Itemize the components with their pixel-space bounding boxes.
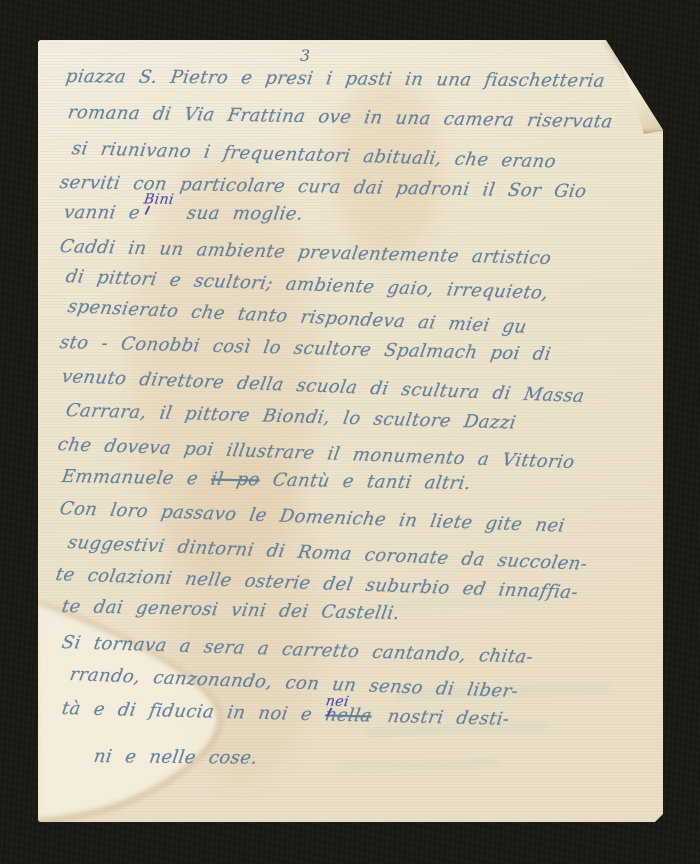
line-text: Emmanuele e	[60, 466, 212, 490]
line-text: vanni e	[62, 202, 141, 224]
handwriting-line: si riunivano i frequentatori abituali, c…	[70, 138, 557, 172]
page-number: 3	[300, 46, 310, 65]
handwriting-line: Con loro passavo le Domeniche in liete g…	[58, 498, 566, 537]
handwriting-line: Caddi in un ambiente prevalentemente art…	[58, 236, 553, 269]
photo-background: 3 piazza S. Pietro e presi i pasti in un…	[0, 0, 700, 864]
line-text: Cantù e tanti altri.	[258, 469, 473, 494]
handwriting-line: ni e nelle cose.	[92, 746, 259, 769]
inserted-word: nei	[325, 693, 351, 710]
line-text: nostri desti-	[373, 706, 511, 730]
handwriting-line: romana di Via Frattina ove in una camera…	[66, 102, 614, 132]
handwriting-line: venuto direttore della scuola di scultur…	[60, 366, 586, 407]
line-text: sua moglie.	[172, 203, 304, 225]
handwriting-line: te dai generosi vini dei Castelli.	[60, 596, 401, 624]
handwriting-line: Si tornava a sera a carretto cantando, c…	[60, 632, 535, 668]
manuscript-page: 3 piazza S. Pietro e presi i pasti in un…	[38, 40, 663, 822]
handwriting-line: vanni eBini sua moglie.	[62, 202, 304, 225]
handwriting-line: Emmanuele e il po Cantù e tanti altri.	[60, 466, 472, 494]
handwriting-line: rrando, canzonando, con un senso di libe…	[68, 664, 520, 702]
handwriting-line: spensierato che tanto rispondeva ai miei…	[66, 296, 528, 338]
struck-word: il po	[209, 469, 261, 491]
handwriting-line: piazza S. Pietro e presi i pasti in una …	[64, 66, 606, 92]
handwriting-line: di pittori e scultori; ambiente gaio, ir…	[64, 266, 550, 304]
corner-fold	[608, 34, 668, 134]
handwriting-line: tà e di fiducia in noi e nellanei nostri…	[60, 698, 511, 730]
handwriting-line: Carrara, il pittore Biondi, lo scultore …	[64, 400, 517, 433]
handwriting-line: serviti con particolare cura dai padroni…	[58, 172, 588, 202]
line-text: tà e di fiducia in noi e	[60, 698, 327, 725]
inserted-word: Bini	[143, 192, 175, 208]
handwriting-line: sto - Conobbi così lo scultore Spalmach …	[58, 332, 552, 365]
